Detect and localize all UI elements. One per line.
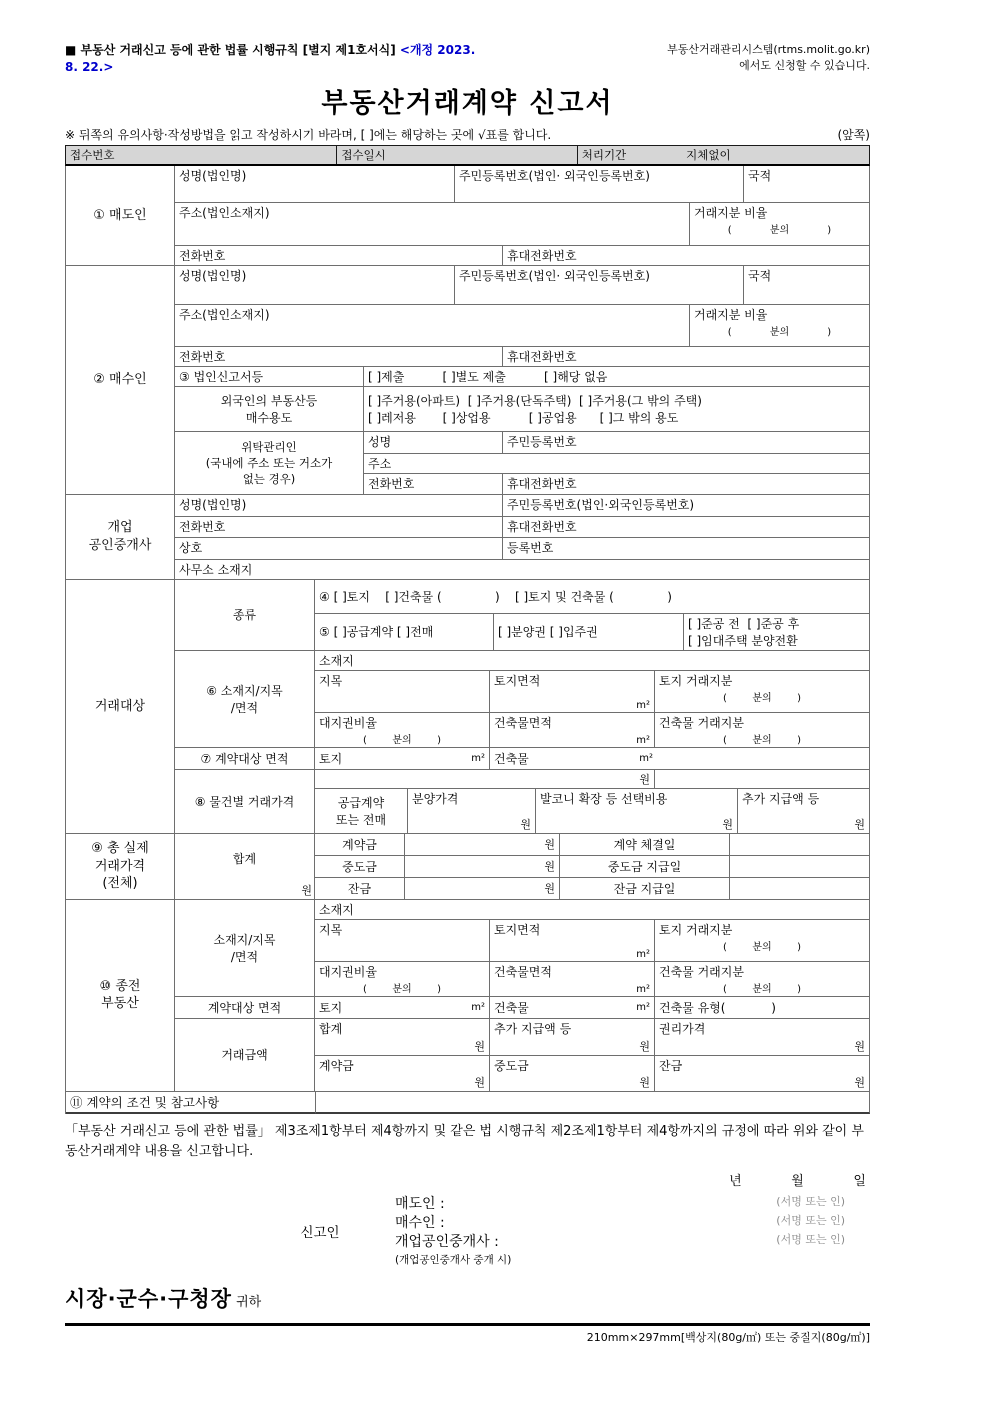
m2-unit: m² (636, 984, 650, 995)
table-row: 성명(법인명) 주민등록번호(법인· 외국인등록번호) 국적 (175, 166, 870, 203)
share-ratio-label: 거래지분 비율 (694, 204, 865, 221)
land-label: 토지 (319, 750, 342, 767)
table-row: 계약금 원 계약 체결일 (315, 834, 870, 856)
recipient-suffix: 귀하 (236, 1295, 261, 1310)
seller-mobile-label: 휴대전화번호 (507, 249, 577, 263)
subject-jimok-field[interactable]: 지목 (315, 671, 490, 713)
form-rule-note: ■ 부동산 거래신고 등에 관한 법률 시행규칙 [별지 제1호서식] <개정 … (65, 42, 625, 77)
balance-date-label: 잔금 지급일 (560, 878, 730, 900)
table-row: 성명(법인명) 주민등록번호(법인· 외국인등록번호) 국적 (175, 266, 870, 305)
processing-period-cell: 처리기간 지체없이 (578, 146, 869, 164)
bldg-share-label: 건축물 거래지분 (659, 714, 865, 731)
location-block: ⑥ 소재지/지목 /면적 소재지 지목 토지면적 m² (175, 651, 870, 748)
buyer-mobile-field[interactable]: 휴대전화번호 (503, 347, 870, 367)
mid-payment-label: 중도금 (315, 856, 405, 878)
trustee-name-label: 성명 (368, 435, 391, 449)
seller-name-field[interactable]: 성명(법인명) (175, 166, 455, 203)
previous-amount-block: 거래금액 합계 원 추가 지급액 등 원 (175, 1019, 870, 1092)
kind-block: 종류 ④ [ ]토지 [ ]건축물 ( ) [ ]토지 및 건축물 ( ) ⑤ … (175, 580, 870, 651)
table-row: 주소(법인소재지) 거래지분 비율 ( 분의 ) (175, 203, 870, 246)
location-label-line2: /면적 (231, 699, 258, 716)
m2-unit: m² (471, 1002, 485, 1013)
previous-bldg-type-field[interactable]: 건축물 유형( ) (655, 997, 870, 1019)
receipt-datetime-label: 접수일시 (341, 147, 385, 163)
buyer-section-label: ② 매수인 (66, 266, 175, 495)
buyer-address-field[interactable]: 주소(법인소재지) (175, 305, 690, 347)
agent-license-no-field[interactable]: 등록번호 (503, 538, 870, 560)
trustee-regno-label: 주민등록번호 (507, 435, 577, 449)
total-price-section-label: ⑨ 총 실제 거래가격 (전체) (66, 834, 175, 900)
sign-note: (서명 또는 인) (776, 1214, 845, 1233)
item-price-amount-field[interactable]: 원 (315, 770, 655, 789)
trustee-address-label: 주소 (368, 457, 391, 471)
buyer-section: ② 매수인 성명(법인명) 주민등록번호(법인· 외국인등록번호) 국적 주소(… (66, 266, 870, 495)
m2-unit: m² (639, 753, 653, 764)
seller-phone-label: 전화번호 (179, 249, 225, 263)
table-row: 대지권비율 ( 분의 ) 건축물면적 m² 건축물 거래지분 ( 분의 (315, 713, 870, 748)
receipt-row: 접수번호 접수일시 처리기간 지체없이 (65, 145, 870, 166)
land-share-label: 토지 거래지분 (659, 672, 865, 689)
total-sum-label: 합계 (233, 835, 256, 882)
seller-section: ① 매도인 성명(법인명) 주민등록번호(법인· 외국인등록번호) 국적 주소(… (66, 166, 870, 266)
trustee-mobile-field[interactable]: 휴대전화번호 (503, 474, 870, 495)
form-table: ① 매도인 성명(법인명) 주민등록번호(법인· 외국인등록번호) 국적 주소(… (65, 166, 870, 1114)
buyer-share-ratio-field[interactable]: 거래지분 비율 ( 분의 ) (690, 305, 870, 347)
previous-property-section: ⑩ 종전 부동산 소재지/지목 /면적 소재지 지목 (66, 900, 870, 1092)
presale-price-field[interactable]: 분양가격 원 (408, 789, 536, 834)
site-ratio-label: 대지권비율 (319, 963, 485, 980)
land-share-paren: ( 분의 ) (659, 689, 865, 704)
extra-pay-label: 추가 지급액 등 (742, 790, 865, 807)
option-cost-field[interactable]: 발코니 확장 등 선택비용 원 (536, 789, 738, 834)
table-row: 전화번호 휴대전화번호 (175, 246, 870, 266)
table-row: 주소 (364, 454, 870, 474)
seller-name-label: 성명(법인명) (179, 169, 246, 183)
down-payment-label: 계약금 (315, 834, 405, 856)
buyer-phone-label: 전화번호 (179, 350, 225, 364)
subject-bldg-area-field[interactable]: 건축물면적 m² (490, 713, 655, 748)
previous-sum-field[interactable]: 합계 원 (315, 1019, 490, 1056)
share-ratio-paren: ( 분의 ) (694, 323, 865, 338)
page-title: 부동산거래계약 신고서 (65, 81, 870, 120)
mid-payment-date-field[interactable] (730, 856, 870, 878)
revision-note-line2: 8. 22.> (65, 60, 113, 74)
won-unit: 원 (520, 816, 531, 832)
table-row: 소재지 (315, 900, 870, 920)
trustee-block: 위탁관리인 (국내에 주소 또는 거소가 없는 경우) 성명 주민등록번호 주소 (175, 432, 870, 495)
header-notes: ■ 부동산 거래신고 등에 관한 법률 시행규칙 [별지 제1호서식] <개정 … (65, 42, 870, 77)
table-row: 성명 주민등록번호 (364, 432, 870, 454)
balance-label: 잔금 (315, 878, 405, 900)
instruction-text: ※ 뒤쪽의 유의사항·작성방법을 읽고 작성하시기 바라며, [ ]에는 해당하… (65, 126, 551, 143)
subject-bldg-share-field[interactable]: 건축물 거래지분 ( 분의 ) (655, 713, 870, 748)
seller-sign-label: 매도인 : (395, 1195, 445, 1214)
subject-site-ratio-field[interactable]: 대지권비율 ( 분의 ) (315, 713, 490, 748)
trustee-label-line2: (국내에 주소 또는 거소가 (206, 455, 333, 471)
previous-land-share-field[interactable]: 토지 거래지분 ( 분의 ) (655, 920, 870, 962)
subject-land-area-field[interactable]: 토지면적 m² (490, 671, 655, 713)
subject-land-area2-field[interactable]: 토지 m² (315, 748, 490, 770)
previous-mid-field[interactable]: 중도금 원 (490, 1056, 655, 1092)
agent-phone-field[interactable]: 전화번호 (175, 517, 503, 538)
total-price-label-line1: ⑨ 총 실제 (91, 840, 149, 858)
buyer-regno-field[interactable]: 주민등록번호(법인· 외국인등록번호) (455, 266, 744, 305)
balance-amount-field[interactable]: 원 (405, 878, 560, 900)
trustee-regno-field[interactable]: 주민등록번호 (503, 432, 870, 454)
sign-note: (서명 또는 인) (776, 1233, 845, 1252)
item-price-block: ⑧ 물건별 거래가격 원 공급계약 또는 전매 (175, 770, 870, 834)
buyer-name-field[interactable]: 성명(법인명) (175, 266, 455, 305)
declaration-text: 「부동산 거래신고 등에 관한 법률」 제3조제1항부터 제4항까지 및 같은 … (65, 1122, 870, 1162)
subject-section: 거래대상 종류 ④ [ ]토지 [ ]건축물 ( ) [ ]토지 및 건축물 (… (66, 580, 870, 834)
location-label: ⑥ 소재지/지목 /면적 (175, 651, 315, 748)
table-row: 주소(법인소재지) 거래지분 비율 ( 분의 ) (175, 305, 870, 347)
agent-office-label: 사무소 소재지 (179, 563, 252, 577)
previous-sum-label: 합계 (319, 1020, 485, 1037)
trustee-phone-label: 전화번호 (368, 477, 414, 491)
buyer-nationality-field[interactable]: 국적 (744, 266, 870, 305)
won-unit: 원 (722, 816, 733, 832)
seller-address-field[interactable]: 주소(법인소재지) (175, 203, 690, 246)
land-share-label: 토지 거래지분 (659, 921, 865, 938)
share-ratio-paren: ( 분의 ) (694, 221, 865, 236)
agent-sign-row: 개업공인중개사 : (서명 또는 인) (395, 1233, 845, 1252)
receipt-no-field[interactable]: 접수번호 (66, 146, 337, 164)
kind-rights-options[interactable]: [ ]분양권 [ ]입주권 (494, 614, 684, 651)
trustee-address-field[interactable]: 주소 (364, 454, 870, 474)
kind-supply-options[interactable]: ⑤ [ ]공급계약 [ ]전매 (315, 614, 494, 651)
total-price-label-line3: (전체) (102, 875, 137, 893)
buyer-regno-label: 주민등록번호(법인· 외국인등록번호) (459, 269, 650, 283)
buyer-sign-label: 매수인 : (395, 1214, 445, 1233)
previous-location-label: 소재지/지목 /면적 (175, 900, 315, 997)
previous-right-price-field[interactable]: 권리가격 원 (655, 1019, 870, 1056)
contract-area-label: ⑦ 계약대상 면적 (175, 748, 315, 770)
seller-phone-field[interactable]: 전화번호 (175, 246, 503, 266)
previous-jimok-label: 지목 (319, 923, 342, 937)
agent-section-label-line1: 개업 (107, 519, 132, 537)
foreign-use-options-line2: [ ]레저용 [ ]상업용 [ ]공업용 [ ]그 밖의 용도 (368, 409, 865, 426)
m2-unit: m² (636, 949, 650, 960)
agent-section-label: 개업 공인중개사 (66, 495, 175, 580)
site-ratio-paren: ( 분의 ) (319, 731, 485, 746)
contract-date-label: 계약 체결일 (560, 834, 730, 856)
mid-payment-date-label: 중도금 지급일 (560, 856, 730, 878)
sign-note: (서명 또는 인) (776, 1195, 845, 1214)
previous-bldg-area2-field[interactable]: 건축물 m² (490, 997, 655, 1019)
table-row: 중도금 원 중도금 지급일 (315, 856, 870, 878)
bldg-area-label: 건축물면적 (494, 963, 650, 980)
won-unit: 원 (639, 1074, 650, 1090)
previous-address-label: 소재지 (319, 903, 354, 917)
seller-section-label: ① 매도인 (66, 166, 175, 266)
subject-land-share-field[interactable]: 토지 거래지분 ( 분의 ) (655, 671, 870, 713)
table-row: 사무소 소재지 (175, 560, 870, 580)
agent-office-field[interactable]: 사무소 소재지 (175, 560, 870, 580)
mid-payment-amount-field[interactable]: 원 (405, 856, 560, 878)
bottom-rule (65, 1323, 870, 1326)
agent-name-field[interactable]: 성명(법인명) (175, 495, 503, 517)
previous-location-label-line1: 소재지/지목 (213, 931, 275, 948)
agent-trade-name-field[interactable]: 상호 (175, 538, 503, 560)
presale-price-label: 분양가격 (412, 790, 531, 807)
subject-bldg-area2-field[interactable]: 건축물 m² (490, 748, 870, 770)
table-row: 상호 등록번호 (175, 538, 870, 560)
table-row: ⑤ [ ]공급계약 [ ]전매 [ ]분양권 [ ]입주권 [ ]준공 전 [ … (315, 614, 870, 651)
land-area-label: 토지면적 (494, 672, 650, 689)
previous-land-area2-field[interactable]: 토지 m² (315, 997, 490, 1019)
previous-jimok-field[interactable]: 지목 (315, 920, 490, 962)
seller-regno-label: 주민등록번호(법인· 외국인등록번호) (459, 169, 650, 183)
conditions-row: ⑪ 계약의 조건 및 참고사항 (66, 1092, 870, 1114)
agent-regno-field[interactable]: 주민등록번호(법인·외국인등록번호) (503, 495, 870, 517)
table-row: ③ 법인신고서등 [ ]제출 [ ]별도 제출 [ ]해당 없음 (175, 367, 870, 387)
previous-land-area-field[interactable]: 토지면적 m² (490, 920, 655, 962)
previous-down-field[interactable]: 계약금 원 (315, 1056, 490, 1092)
previous-down-label: 계약금 (319, 1057, 485, 1074)
buyer-address-label: 주소(법인소재지) (179, 308, 270, 322)
recipient-title: 시장·군수·구청장 (65, 1287, 232, 1311)
previous-balance-field[interactable]: 잔금 원 (655, 1056, 870, 1092)
agent-mobile-label: 휴대전화번호 (507, 520, 577, 534)
foreign-use-options-line1: [ ]주거용(아파트) [ ]주거용(단독주택) [ ]주거용(그 밖의 주택) (368, 392, 865, 409)
bldg-share-label: 건축물 거래지분 (659, 963, 865, 980)
table-row: 외국인의 부동산등 매수용도 [ ]주거용(아파트) [ ]주거용(단독주택) … (175, 387, 870, 432)
agent-section: 개업 공인중개사 성명(법인명) 주민등록번호(법인·외국인등록번호) 전화번호… (66, 495, 870, 580)
balance-date-field[interactable] (730, 878, 870, 900)
system-note-line1: 부동산거래관리시스템(rtms.molit.go.kr) (667, 43, 870, 56)
site-ratio-paren: ( 분의 ) (319, 980, 485, 995)
previous-label-line2: 부동산 (101, 995, 139, 1013)
contract-area-row: ⑦ 계약대상 면적 토지 m² 건축물 m² (175, 748, 870, 770)
subject-address-label: 소재지 (319, 654, 354, 668)
won-unit: 원 (544, 858, 555, 874)
previous-amount-label: 거래금액 (175, 1019, 315, 1092)
supply-resale-label: 공급계약 또는 전매 (315, 789, 408, 834)
total-price-section: ⑨ 총 실제 거래가격 (전체) 합계 원 계약금 원 계약 체결일 (66, 834, 870, 900)
corp-doc-label: ③ 법인신고서등 (175, 367, 364, 387)
kind-completion-line2: [ ]임대주택 분양전환 (688, 632, 865, 649)
trustee-label-line3: 없는 경우) (243, 471, 296, 487)
table-row: 소재지 (315, 651, 870, 671)
previous-bldg-share-field[interactable]: 건축물 거래지분 ( 분의 ) (655, 962, 870, 997)
system-note: 부동산거래관리시스템(rtms.molit.go.kr) 에서도 신청할 수 있… (630, 42, 870, 77)
table-row: 계약금 원 중도금 원 잔금 원 (315, 1056, 870, 1092)
won-unit: 원 (639, 1038, 650, 1054)
table-row: 잔금 원 잔금 지급일 (315, 878, 870, 900)
item-price-label: ⑧ 물건별 거래가격 (175, 770, 315, 834)
table-row: ④ [ ]토지 [ ]건축물 ( ) [ ]토지 및 건축물 ( ) (315, 580, 870, 614)
agent-regno-label: 주민등록번호(법인·외국인등록번호) (507, 498, 694, 512)
table-row: 전화번호 휴대전화번호 (364, 474, 870, 495)
recipient-line: 시장·군수·구청장 귀하 (65, 1283, 870, 1313)
corp-doc-label-text: ③ 법인신고서등 (179, 368, 263, 385)
bldg-share-paren: ( 분의 ) (659, 731, 865, 746)
form-page: ■ 부동산 거래신고 등에 관한 법률 시행규칙 [별지 제1호서식] <개정 … (0, 0, 992, 1403)
buyer-nationality-label: 국적 (748, 269, 771, 283)
rule-note-text: ■ 부동산 거래신고 등에 관한 법률 시행규칙 [별지 제1호서식] (65, 43, 396, 57)
bldg-label: 건축물 (494, 750, 529, 767)
corp-doc-options[interactable]: [ ]제출 [ ]별도 제출 [ ]해당 없음 (364, 367, 870, 387)
land-share-paren: ( 분의 ) (659, 938, 865, 953)
seller-nationality-field[interactable]: 국적 (744, 166, 870, 203)
reporter-block: 신고인 매도인 : (서명 또는 인) 매수인 : (서명 또는 인) 개업공인… (65, 1195, 870, 1267)
previous-area-label: 계약대상 면적 (175, 997, 315, 1019)
supply-label-line1: 공급계약 (338, 794, 384, 811)
table-row: 공급계약 또는 전매 분양가격 원 발코니 확장 등 선택비용 원 (315, 789, 870, 834)
previous-location-label-line2: /면적 (231, 948, 258, 965)
down-payment-amount-field[interactable]: 원 (405, 834, 560, 856)
seller-regno-field[interactable]: 주민등록번호(법인· 외국인등록번호) (455, 166, 744, 203)
supply-label-line2: 또는 전매 (336, 811, 386, 828)
foreign-use-label: 외국인의 부동산등 매수용도 (175, 387, 364, 432)
won-unit: 원 (474, 1038, 485, 1054)
won-unit: 원 (544, 880, 555, 896)
conditions-label: ⑪ 계약의 조건 및 참고사항 (66, 1092, 316, 1114)
item-price-blank-cell[interactable] (655, 770, 870, 789)
land-label: 토지 (319, 999, 342, 1016)
agent-note: (개업공인중개사 중개 시) (395, 1252, 845, 1267)
seller-mobile-field[interactable]: 휴대전화번호 (503, 246, 870, 266)
previous-address-field[interactable]: 소재지 (315, 900, 870, 920)
foreign-use-options[interactable]: [ ]주거용(아파트) [ ]주거용(단독주택) [ ]주거용(그 밖의 주택)… (364, 387, 870, 432)
previous-location-block: 소재지/지목 /면적 소재지 지목 토지면적 m² (175, 900, 870, 997)
previous-extra-field[interactable]: 추가 지급액 등 원 (490, 1019, 655, 1056)
kind-options-row1[interactable]: ④ [ ]토지 [ ]건축물 ( ) [ ]토지 및 건축물 ( ) (315, 580, 870, 614)
buyer-sign-row: 매수인 : (서명 또는 인) (395, 1214, 845, 1233)
page-side-label: (앞쪽) (837, 126, 870, 143)
table-row: 원 (315, 770, 870, 789)
previous-site-ratio-field[interactable]: 대지권비율 ( 분의 ) (315, 962, 490, 997)
previous-mid-label: 중도금 (494, 1057, 650, 1074)
seller-address-label: 주소(법인소재지) (179, 206, 270, 220)
previous-balance-label: 잔금 (659, 1057, 865, 1074)
trustee-phone-field[interactable]: 전화번호 (364, 474, 503, 495)
total-sum-field[interactable]: 합계 원 (175, 834, 315, 900)
won-unit: 원 (639, 771, 650, 787)
agent-license-no-label: 등록번호 (507, 541, 553, 555)
land-area-label: 토지면적 (494, 921, 650, 938)
subject-address-field[interactable]: 소재지 (315, 651, 870, 671)
previous-bldg-area-field[interactable]: 건축물면적 m² (490, 962, 655, 997)
reporter-label: 신고인 (245, 1195, 395, 1267)
previous-extra-label: 추가 지급액 등 (494, 1020, 650, 1037)
agent-section-label-line2: 공인중개사 (89, 537, 152, 555)
foreign-use-label-line1: 외국인의 부동산등 (221, 392, 318, 409)
table-row: 대지권비율 ( 분의 ) 건축물면적 m² 건축물 거래지분 ( 분의 (315, 962, 870, 997)
table-row: 성명(법인명) 주민등록번호(법인·외국인등록번호) (175, 495, 870, 517)
trustee-mobile-label: 휴대전화번호 (507, 477, 577, 491)
subject-jimok-label: 지목 (319, 674, 342, 688)
m2-unit: m² (636, 1002, 650, 1013)
won-unit: 원 (854, 1038, 865, 1054)
trustee-label-line1: 위탁관리인 (241, 439, 297, 455)
won-unit: 원 (544, 836, 555, 852)
m2-unit: m² (636, 700, 650, 711)
seller-share-ratio-field[interactable]: 거래지분 비율 ( 분의 ) (690, 203, 870, 246)
processing-period-value: 지체없이 (686, 147, 730, 163)
table-row: 전화번호 휴대전화번호 (175, 517, 870, 538)
m2-unit: m² (636, 735, 650, 746)
agent-sign-label: 개업공인중개사 : (395, 1233, 499, 1252)
bldg-area-label: 건축물면적 (494, 714, 650, 731)
kind-completion-options[interactable]: [ ]준공 전 [ ]준공 후 [ ]임대주택 분양전환 (684, 614, 870, 651)
total-price-label-line2: 거래가격 (95, 858, 145, 876)
table-row: 지목 토지면적 m² 토지 거래지분 ( 분의 ) (315, 671, 870, 713)
seller-sign-row: 매도인 : (서명 또는 인) (395, 1195, 845, 1214)
previous-label-line1: ⑩ 종전 (100, 978, 141, 996)
table-row: 지목 토지면적 m² 토지 거래지분 ( 분의 ) (315, 920, 870, 962)
revision-note-line1: <개정 2023. (400, 43, 475, 57)
table-row: 합계 원 추가 지급액 등 원 권리가격 원 (315, 1019, 870, 1056)
kind-label: 종류 (175, 580, 315, 651)
table-row: 전화번호 휴대전화번호 (175, 347, 870, 367)
previous-section-label: ⑩ 종전 부동산 (66, 900, 175, 1092)
processing-period-label: 처리기간 (582, 147, 626, 163)
won-unit: 원 (474, 1074, 485, 1090)
buyer-name-label: 성명(법인명) (179, 269, 246, 283)
seller-nationality-label: 국적 (748, 169, 771, 183)
system-note-line2: 에서도 신청할 수 있습니다. (739, 59, 870, 72)
share-ratio-label: 거래지분 비율 (694, 306, 865, 323)
kind-completion-line1: [ ]준공 전 [ ]준공 후 (688, 615, 865, 632)
subject-section-label: 거래대상 (66, 580, 175, 834)
agent-trade-name-label: 상호 (179, 541, 202, 555)
won-unit: 원 (854, 1074, 865, 1090)
trustee-name-field[interactable]: 성명 (364, 432, 503, 454)
receipt-no-label: 접수번호 (70, 147, 114, 163)
site-ratio-label: 대지권비율 (319, 714, 485, 731)
m2-unit: m² (471, 753, 485, 764)
agent-phone-label: 전화번호 (179, 520, 225, 534)
contract-date-field[interactable] (730, 834, 870, 856)
previous-right-price-label: 권리가격 (659, 1020, 865, 1037)
agent-name-label: 성명(법인명) (179, 498, 246, 512)
bldg-label: 건축물 (494, 999, 529, 1016)
buyer-phone-field[interactable]: 전화번호 (175, 347, 503, 367)
receipt-datetime-field[interactable]: 접수일시 (337, 146, 577, 164)
paper-spec-note: 210mm×297mm[백상지(80g/㎡) 또는 중질지(80g/㎡)] (65, 1329, 870, 1345)
declaration-date-line: 년 월 일 (65, 1170, 870, 1189)
option-cost-label: 발코니 확장 등 선택비용 (540, 790, 733, 807)
extra-pay-field[interactable]: 추가 지급액 등 원 (738, 789, 870, 834)
bldg-share-paren: ( 분의 ) (659, 980, 865, 995)
conditions-field[interactable] (316, 1092, 870, 1114)
buyer-mobile-label: 휴대전화번호 (507, 350, 577, 364)
foreign-use-label-line2: 매수용도 (246, 409, 292, 426)
trustee-label: 위탁관리인 (국내에 주소 또는 거소가 없는 경우) (175, 432, 364, 495)
agent-mobile-field[interactable]: 휴대전화번호 (503, 517, 870, 538)
previous-area-row: 계약대상 면적 토지 m² 건축물 m² 건축물 유형( ) (175, 997, 870, 1019)
location-label-line1: ⑥ 소재지/지목 (206, 682, 283, 699)
won-unit: 원 (854, 816, 865, 832)
won-unit: 원 (301, 882, 312, 898)
